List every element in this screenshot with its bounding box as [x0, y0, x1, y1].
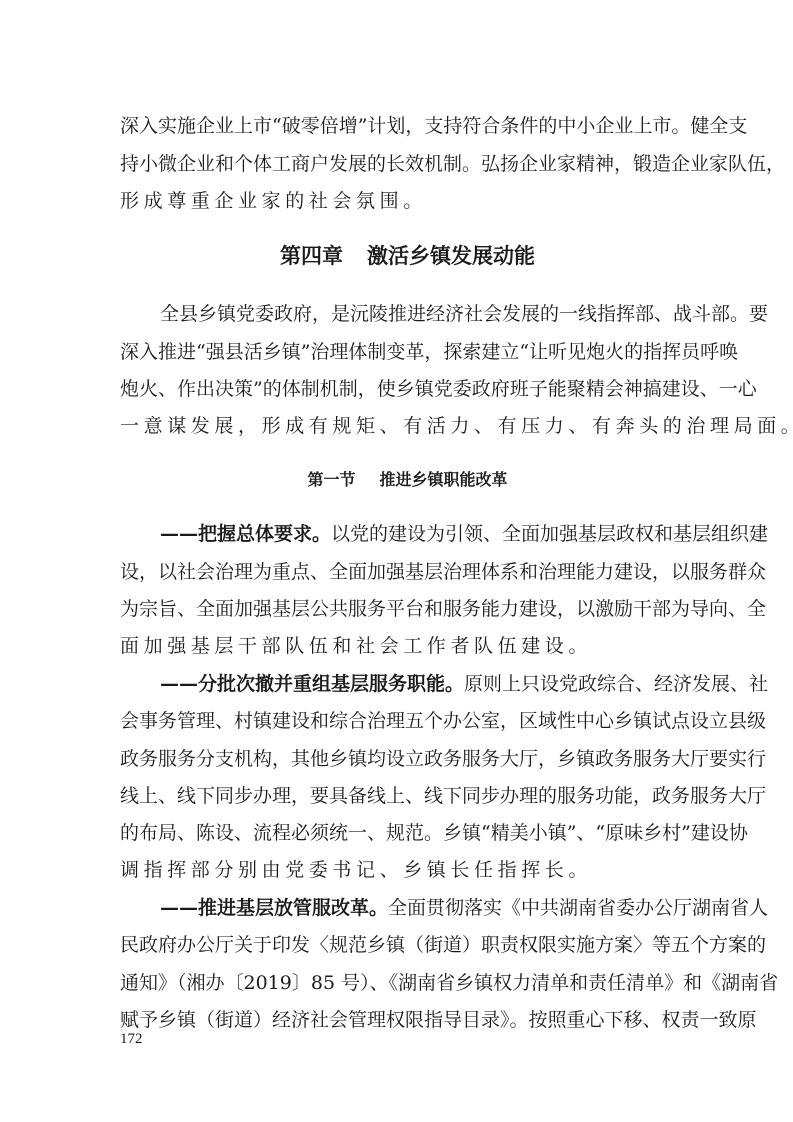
item-lead: ——把握总体要求。	[160, 523, 331, 545]
paragraph-line: 线上、线下同步办理，要具备线上、线下同步办理的服务功能，政务服务大厅	[120, 784, 695, 808]
section-title: 推进乡镇职能改革	[380, 470, 508, 489]
section-heading: 第一节推进乡镇职能改革	[120, 469, 695, 491]
item-first-line: ——分批次撤并重组基层服务职能。原则上只设党政综合、经济发展、社	[120, 672, 695, 696]
paragraph-line: 设，以社会治理为重点、全面加强基层治理体系和治理能力建设，以服务群众	[120, 560, 695, 584]
paragraph-line: 一意谋发展，形成有规矩、有活力、有压力、有奔头的治理局面。	[120, 414, 695, 438]
chapter-number: 第四章	[280, 244, 343, 268]
paragraph-line: 民政府办公厅关于印发〈规范乡镇（街道）职责权限实施方案〉等五个方案的	[120, 933, 695, 957]
item-lead: ——推进基层放管服改革。	[160, 897, 388, 919]
paragraph-line: 深入实施企业上市“破零倍增”计划，支持符合条件的中小企业上市。健全支	[120, 114, 695, 138]
chapter-heading: 第四章激活乡镇发展动能	[120, 242, 695, 270]
paragraph-line: 形成尊重企业家的社会氛围。	[120, 189, 695, 213]
item-lead: ——分批次撤并重组基层服务职能。	[160, 673, 464, 695]
item-first-line: ——推进基层放管服改革。全面贯彻落实《中共湖南省委办公厅湖南省人	[120, 896, 695, 920]
paragraph-line: 的布局、陈设、流程必须统一、规范。乡镇“精美小镇”、“原味乡村”建设协	[120, 821, 695, 845]
paragraph-line: 赋予乡镇（街道）经济社会管理权限指导目录》。按照重心下移、权责一致原	[120, 1008, 695, 1032]
paragraph-line: 深入推进“强县活乡镇”治理体制变革，探索建立“让听见炮火的指挥员呼唤	[120, 340, 695, 364]
paragraph-line: 会事务管理、村镇建设和综合治理五个办公室，区域性中心乡镇试点设立县级	[120, 709, 695, 733]
section-number: 第一节	[307, 470, 355, 489]
chapter-title: 激活乡镇发展动能	[367, 244, 535, 268]
paragraph-line: 调指挥部分别由党委书记、乡镇长任指挥长。	[120, 858, 695, 882]
page-number: 172	[120, 1031, 143, 1048]
item-first-line: ——把握总体要求。以党的建设为引领、全面加强基层政权和基层组织建	[120, 522, 695, 546]
paragraph-line: 炮火、作出决策”的体制机制，使乡镇党委政府班子能聚精会神搞建设、一心	[120, 377, 695, 401]
paragraph-line: 通知》（湘办〔2019〕85 号）、《湖南省乡镇权力清单和责任清单》和《湖南省	[120, 971, 695, 995]
paragraph-line: 政务服务分支机构，其他乡镇均设立政务服务大厅，乡镇政务服务大厅要实行	[120, 747, 695, 771]
paragraph-line: 为宗旨、全面加强基层公共服务平台和服务能力建设，以激励干部为导向、全	[120, 597, 695, 621]
paragraph-line: 持小微企业和个体工商户发展的长效机制。弘扬企业家精神，锻造企业家队伍，	[120, 152, 695, 176]
paragraph-line: 面加强基层干部队伍和社会工作者队伍建设。	[120, 634, 695, 658]
paragraph-line: 全县乡镇党委政府，是沅陵推进经济社会发展的一线指挥部、战斗部。要	[120, 302, 695, 326]
